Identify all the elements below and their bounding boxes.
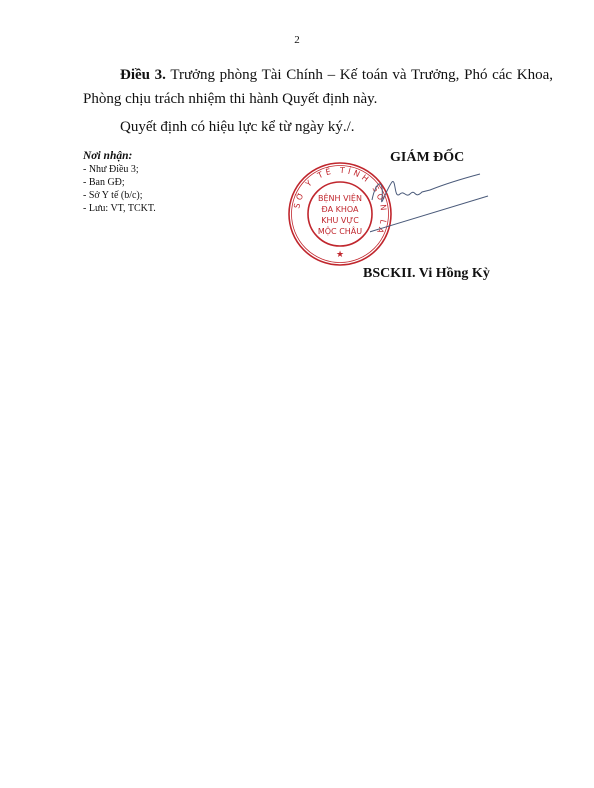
svg-text:BỆNH VIỆN: BỆNH VIỆN (318, 192, 362, 204)
recipients-title: Nơi nhận: (83, 150, 156, 163)
signer-title: GIÁM ĐỐC (390, 150, 464, 166)
svg-text:ĐA KHOA: ĐA KHOA (322, 205, 359, 214)
recipients-block: Nơi nhận: - Như Điều 3; - Ban GĐ; - Sở Y… (83, 150, 156, 215)
effective-statement: Quyết định có hiệu lực kể từ ngày ký./. (83, 115, 553, 139)
article-label: Điều 3. (120, 67, 166, 83)
recipient-item: - Sở Y tế (b/c); (83, 189, 156, 202)
recipient-item: - Ban GĐ; (83, 176, 156, 189)
recipient-item: - Như Điều 3; (83, 163, 156, 176)
article-3-paragraph: Điều 3. Trưởng phòng Tài Chính – Kế toán… (83, 63, 553, 111)
recipient-item: - Lưu: VT, TCKT. (83, 202, 156, 215)
page-number: 2 (0, 34, 594, 46)
svg-text:★: ★ (336, 249, 344, 259)
svg-text:KHU VỰC: KHU VỰC (321, 216, 359, 225)
signature-icon (370, 170, 490, 240)
signer-name: BSCKII. Vi Hồng Kỳ (363, 266, 490, 282)
svg-text:MỘC CHÂU: MỘC CHÂU (318, 225, 362, 236)
